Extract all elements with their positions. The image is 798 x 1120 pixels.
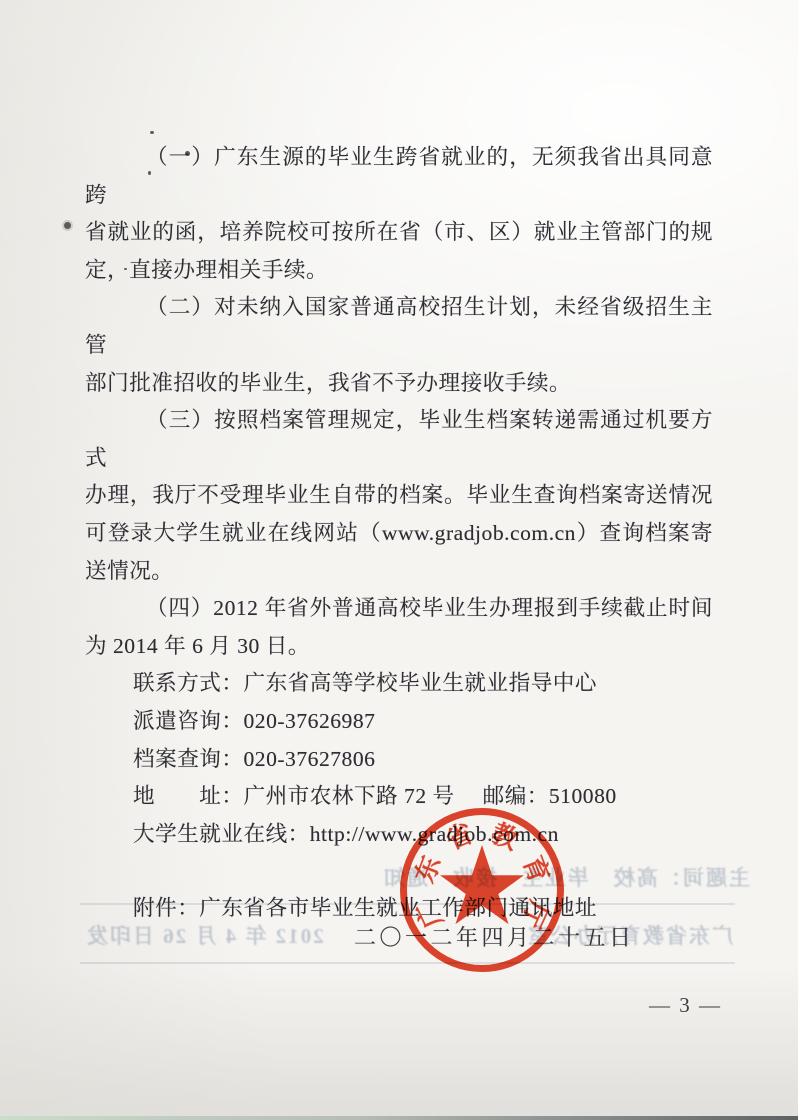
scanned-document-page: 主题词：高校 毕业生 接收 通知 广东省教育厅办公室 2012 年 4 月 26… [0, 0, 798, 1120]
body-line: （一）广东生源的毕业生跨省就业的，无须我省出具同意跨 [85, 139, 713, 214]
scan-edge [0, 1116, 798, 1120]
document-body-text: （一）广东生源的毕业生跨省就业的，无须我省出具同意跨 省就业的函，培养院校可按所… [85, 139, 713, 928]
official-seal-stamp: 广 东 省 教 育 厅 [400, 808, 564, 972]
paragraph-1: （一）广东生源的毕业生跨省就业的，无须我省出具同意跨 省就业的函，培养院校可按所… [85, 139, 713, 289]
contact-line-website: 大学生就业在线：http://www.gradjob.com.cn [85, 816, 713, 854]
body-line: 可登录大学生就业在线网站（www.gradjob.com.cn）查询档案寄 [85, 515, 713, 553]
contact-line-address: 地 址：广州市农林下路 72 号 邮编：510080 [85, 778, 713, 816]
paragraph-3: （三）按照档案管理规定，毕业生档案转递需通过机要方式 办理，我厅不受理毕业生自带… [85, 402, 713, 590]
contact-line-dispatch-phone: 派遣咨询：020-37626987 [85, 703, 713, 741]
body-line: （三）按照档案管理规定，毕业生档案转递需通过机要方式 [85, 402, 713, 477]
body-line: 部门批准招收的毕业生，我省不予办理接收手续。 [85, 365, 713, 403]
paragraph-2: （二）对未纳入国家普通高校招生计划，未经省级招生主管 部门批准招收的毕业生，我省… [85, 289, 713, 402]
staple-hole-mark [64, 222, 71, 229]
body-line: 办理，我厅不受理毕业生自带的档案。毕业生查询档案寄送情况 [85, 477, 713, 515]
contact-line-archive-phone: 档案查询：020-37627806 [85, 741, 713, 779]
star-icon [439, 845, 525, 927]
contact-info-block: 联系方式：广东省高等学校毕业生就业指导中心 派遣咨询：020-37626987 … [85, 665, 713, 853]
paper-speck [150, 131, 154, 134]
body-line: （二）对未纳入国家普通高校招生计划，未经省级招生主管 [85, 289, 713, 364]
body-line: 为 2014 年 6 月 30 日。 [85, 628, 713, 666]
body-line: 送情况。 [85, 553, 713, 591]
paragraph-4: （四）2012 年省外普通高校毕业生办理报到手续截止时间 为 2014 年 6 … [85, 590, 713, 665]
contact-line-method: 联系方式：广东省高等学校毕业生就业指导中心 [85, 665, 713, 703]
page-number: — 3 — [649, 993, 722, 1018]
body-line: 定，直接办理相关手续。 [85, 252, 713, 290]
body-line: 省就业的函，培养院校可按所在省（市、区）就业主管部门的规 [85, 214, 713, 252]
body-line: （四）2012 年省外普通高校毕业生办理报到手续截止时间 [85, 590, 713, 628]
